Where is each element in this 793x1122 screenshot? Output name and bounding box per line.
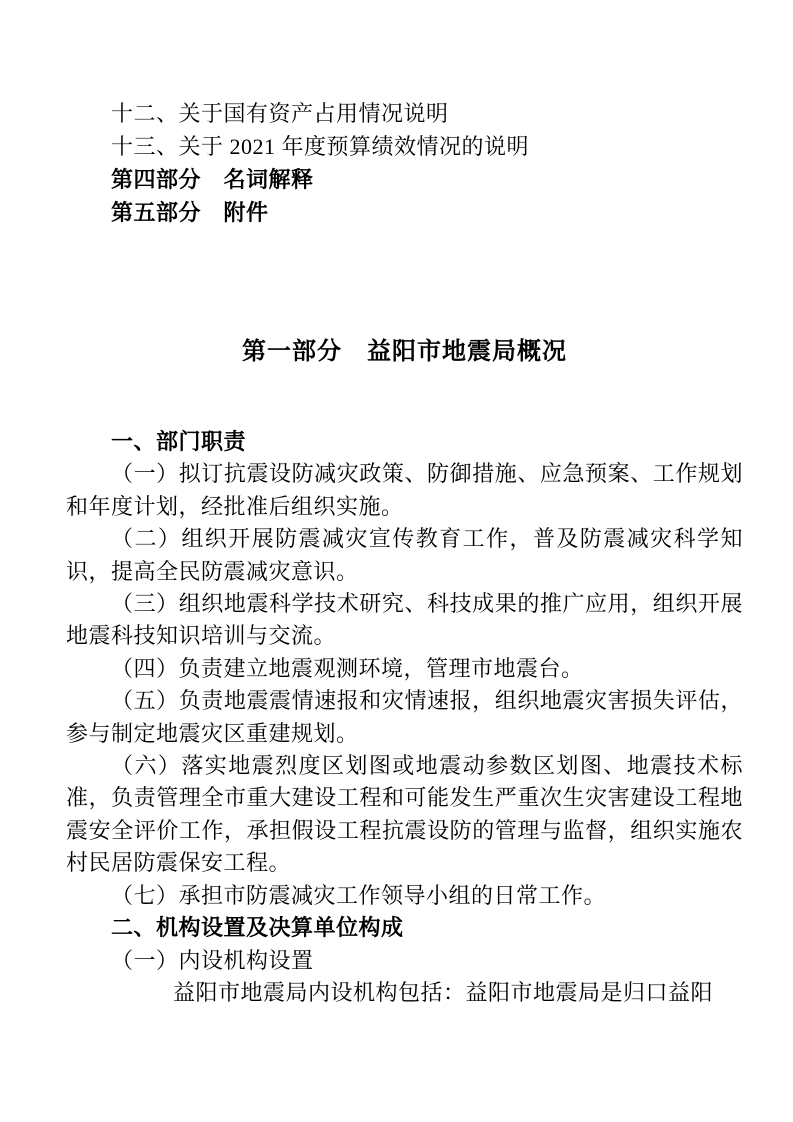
body-text: 一、部门职责 （一）拟订抗震设防减灾政策、防御措施、应急预案、工作规划和年度计划…: [66, 426, 743, 1009]
section-heading-structure: 二、机构设置及决算单位构成: [66, 912, 743, 944]
toc-part-4: 第四部分 名词解释: [66, 163, 743, 196]
duty-paragraph-5: （五）负责地震震情速报和灾情速报，组织地震灾害损失评估，参与制定地震灾区重建规划…: [66, 685, 743, 750]
section-heading-duties: 一、部门职责: [66, 426, 743, 458]
org-intro-paragraph: 益阳市地震局内设机构包括：益阳市地震局是归口益阳: [66, 977, 743, 1009]
toc-tail: 十二、关于国有资产占用情况说明 十三、关于 2021 年度预算绩效情况的说明 第…: [66, 97, 743, 229]
toc-item-12: 十二、关于国有资产占用情况说明: [66, 97, 743, 130]
duty-paragraph-6: （六）落实地震烈度区划图或地震动参数区划图、地震技术标准，负责管理全市重大建设工…: [66, 750, 743, 880]
sub-heading-internal-org: （一）内设机构设置: [66, 945, 743, 977]
toc-part-5: 第五部分 附件: [66, 196, 743, 229]
duty-paragraph-7: （七）承担市防震减灾工作领导小组的日常工作。: [66, 880, 743, 912]
toc-item-13: 十三、关于 2021 年度预算绩效情况的说明: [66, 130, 743, 163]
document-page: 十二、关于国有资产占用情况说明 十三、关于 2021 年度预算绩效情况的说明 第…: [0, 0, 793, 1122]
duty-paragraph-2: （二）组织开展防震减灾宣传教育工作，普及防震减灾科学知识，提高全民防震减灾意识。: [66, 523, 743, 588]
section-title: 第一部分 益阳市地震局概况: [66, 331, 743, 373]
duty-paragraph-3: （三）组织地震科学技术研究、科技成果的推广应用，组织开展地震科技知识培训与交流。: [66, 588, 743, 653]
page-content: 十二、关于国有资产占用情况说明 十三、关于 2021 年度预算绩效情况的说明 第…: [66, 97, 743, 1009]
duty-paragraph-1: （一）拟订抗震设防减灾政策、防御措施、应急预案、工作规划和年度计划，经批准后组织…: [66, 458, 743, 523]
duty-paragraph-4: （四）负责建立地震观测环境，管理市地震台。: [66, 653, 743, 685]
